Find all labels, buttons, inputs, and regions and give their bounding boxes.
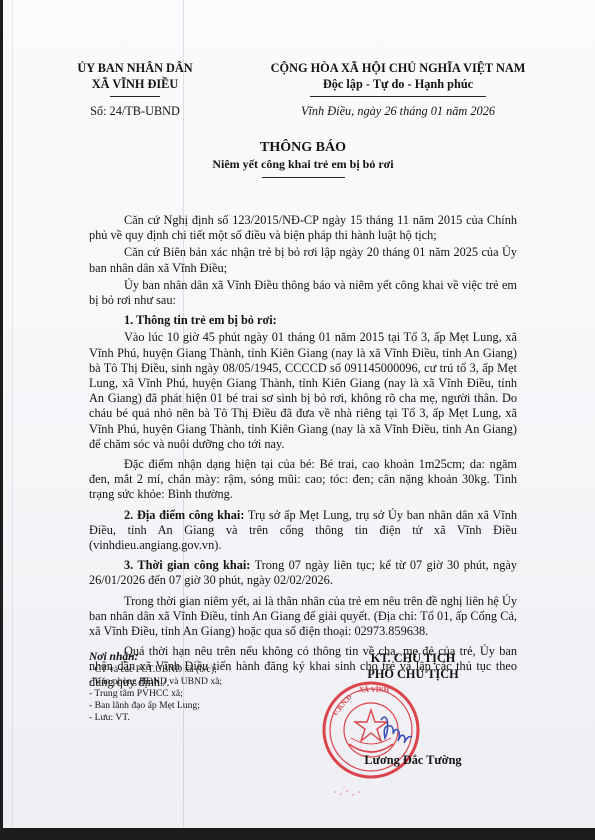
signature-block: KT. CHỦ TỊCH PHÓ CHỦ TỊCH	[318, 650, 508, 682]
recipient-item: - Trung tâm PVHCC xã;	[89, 688, 309, 700]
signature-authority: KT. CHỦ TỊCH	[318, 650, 508, 666]
title-underline	[262, 177, 345, 178]
legal-basis-1: Căn cứ Nghị định số 123/2015/NĐ-CP ngày …	[89, 213, 517, 243]
recipient-item: - Ban lãnh đạo ấp Mẹt Lung;	[89, 700, 309, 712]
place-date: Vĩnh Điều, ngày 26 tháng 01 năm 2026	[253, 104, 543, 119]
title-main: THÔNG BÁO	[153, 140, 453, 156]
agency-name: ỦY BAN NHÂN DÂN	[60, 60, 210, 76]
section-3: 3. Thời gian công khai: Trong 07 ngày li…	[89, 558, 517, 588]
national-header: CỘNG HÒA XÃ HỘI CHỦ NGHĨA VIỆT NAM Độc l…	[253, 60, 543, 97]
document-title: THÔNG BÁO Niêm yết công khai trẻ em bị b…	[153, 140, 453, 178]
title-subject: Niêm yết công khai trẻ em bị bỏ rơi	[153, 156, 453, 172]
commune-name: XÃ VĨNH ĐIỀU	[60, 76, 210, 92]
nation-motto: Độc lập - Tự do - Hạnh phúc	[253, 76, 543, 92]
intro-paragraph: Ủy ban nhân dân xã Vĩnh Điều thông báo v…	[89, 278, 517, 308]
document-page: ỦY BAN NHÂN DÂN XÃ VĨNH ĐIỀU CỘNG HÒA XÃ…	[3, 0, 595, 828]
section-2: 2. Địa điểm công khai: Trụ sở ấp Mẹt Lun…	[89, 508, 517, 554]
motto-underline	[310, 96, 486, 97]
scan-fold-line	[12, 0, 13, 828]
nation-title: CỘNG HÒA XÃ HỘI CHỦ NGHĨA VIỆT NAM	[253, 60, 543, 76]
recipient-item: - CT và các PCT.UBND xã (b/c);	[89, 664, 309, 676]
identification-features: Đặc điểm nhận dạng hiện tại của bé: Bé t…	[89, 457, 517, 503]
recipient-item: - Văn phòng HĐND và UBND xã;	[89, 676, 309, 688]
signature-title: PHÓ CHỦ TỊCH	[318, 666, 508, 682]
stamp-smudge-icon	[329, 784, 369, 802]
section-1-text: Vào lúc 10 giờ 45 phút ngày 01 tháng 01 …	[89, 330, 517, 452]
recipients-block: Nơi nhận: - CT và các PCT.UBND xã (b/c);…	[89, 651, 309, 724]
agency-header: ỦY BAN NHÂN DÂN XÃ VĨNH ĐIỀU	[60, 60, 210, 97]
section-2-title: 2. Địa điểm công khai:	[124, 508, 244, 522]
section-1-heading: 1. Thông tin trẻ em bị bỏ rơi:	[89, 313, 517, 328]
svg-text:XÃ VĨNH: XÃ VĨNH	[359, 686, 390, 694]
section-3-title: 3. Thời gian công khai:	[124, 558, 250, 572]
document-body: Căn cứ Nghị định số 123/2015/NĐ-CP ngày …	[89, 213, 517, 695]
agency-underline	[110, 96, 160, 97]
recipients-heading: Nơi nhận:	[89, 651, 309, 664]
document-number: Số: 24/TB-UBND	[60, 104, 210, 119]
contact-paragraph: Trong thời gian niêm yết, ai là thân nhâ…	[89, 594, 517, 640]
recipient-item: - Lưu: VT.	[89, 712, 309, 724]
legal-basis-2: Căn cứ Biên bản xác nhận trẻ bị bỏ rơi l…	[89, 245, 517, 275]
signer-name: Lương Đắc Tường	[318, 753, 508, 768]
section-1-title: 1. Thông tin trẻ em bị bỏ rơi:	[124, 313, 277, 327]
